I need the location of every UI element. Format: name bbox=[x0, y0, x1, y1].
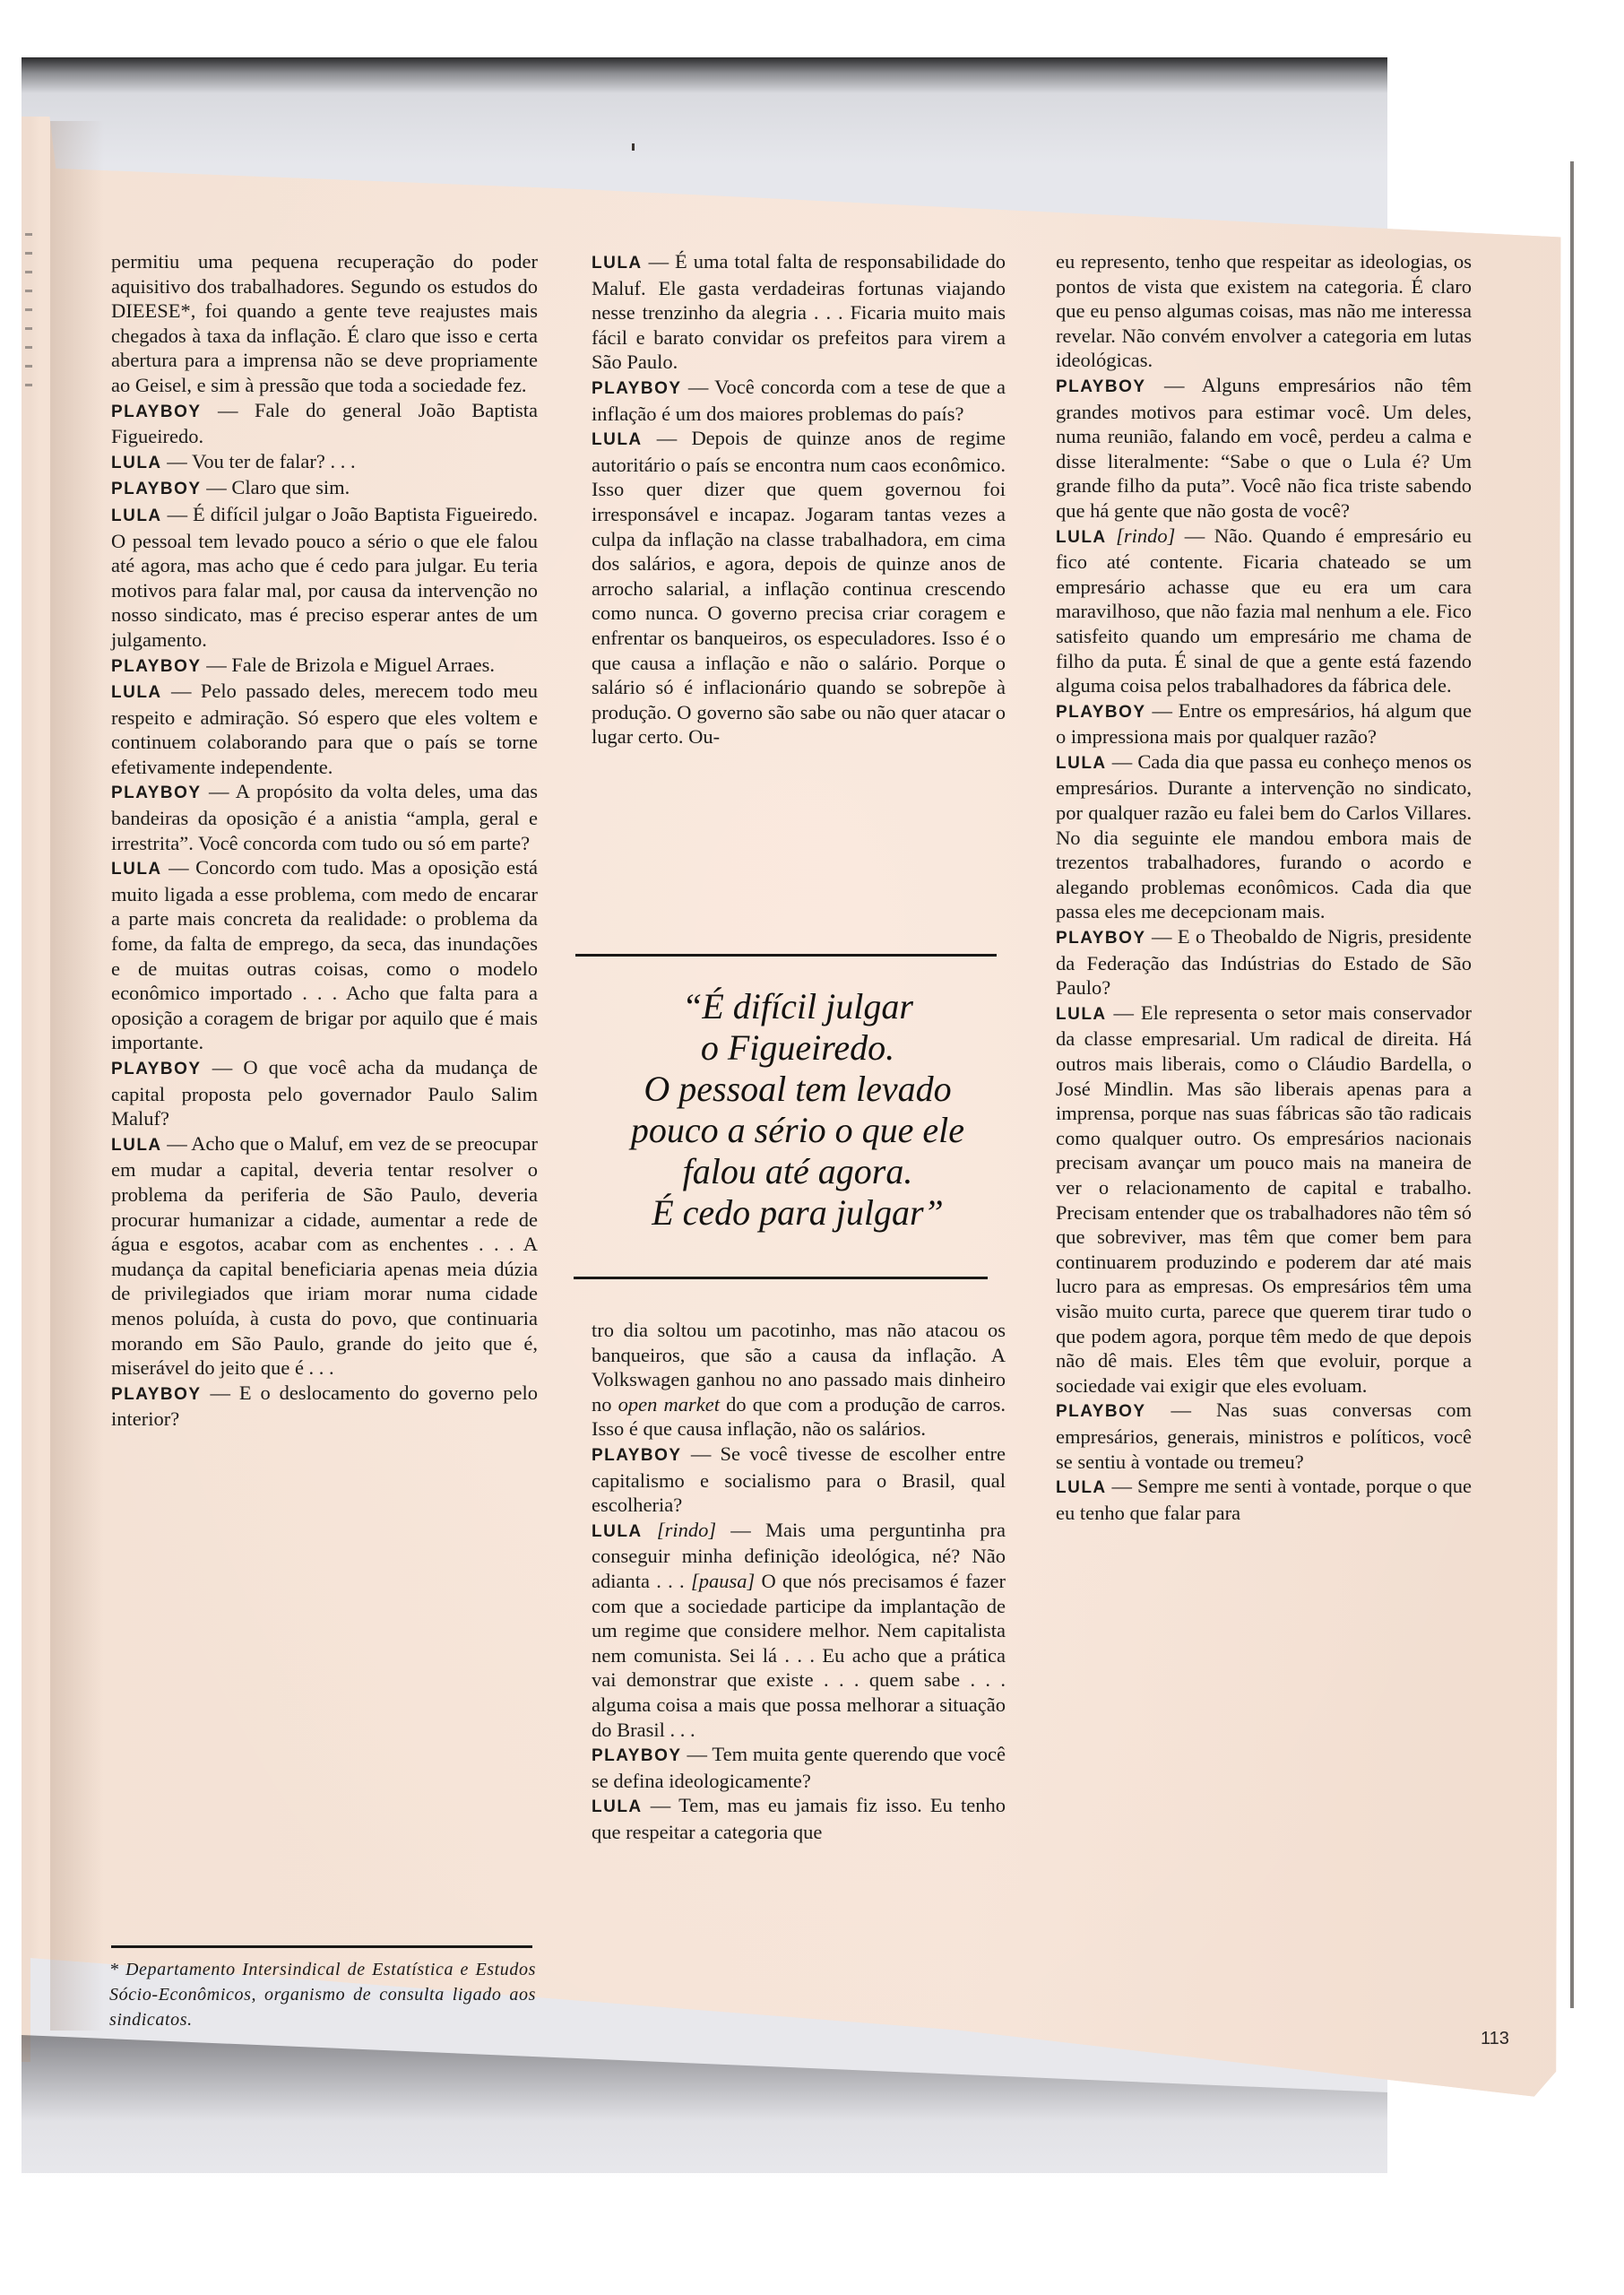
interview-continuation: permitiu uma pequena recuperação do pode… bbox=[111, 249, 538, 398]
speaker-label: LULA bbox=[111, 454, 162, 472]
interview-turn-playboy: PLAYBOY — Entre os empresários, há algum… bbox=[1056, 698, 1472, 749]
speaker-label: PLAYBOY bbox=[1056, 929, 1146, 948]
interview-turn-lula: LULA — Depois de quinze anos de regime a… bbox=[592, 426, 1006, 749]
speaker-label: LULA bbox=[1056, 1005, 1107, 1024]
speaker-label: LULA bbox=[592, 1522, 643, 1541]
speaker-label: PLAYBOY bbox=[1056, 377, 1146, 396]
interview-turn-playboy: PLAYBOY — Fale de Brizola e Miguel Arrae… bbox=[111, 653, 538, 680]
pull-quote: “É difícil julgaro Figueiredo.O pessoal … bbox=[574, 986, 1022, 1234]
column-left: permitiu uma pequena recuperação do pode… bbox=[111, 249, 538, 1432]
interview-turn-lula: LULA — Pelo passado deles, merecem todo … bbox=[111, 679, 538, 779]
pull-quote-line: o Figueiredo. bbox=[574, 1027, 1022, 1069]
italic-phrase: open market bbox=[618, 1393, 720, 1416]
interview-turn-lula: LULA [rindo] — Mais uma perguntinha pra … bbox=[592, 1518, 1006, 1742]
speaker-label: PLAYBOY bbox=[1056, 1402, 1146, 1421]
turn-text: Mais uma perguntinha pra conseguir minha… bbox=[592, 1519, 1006, 1592]
interview-turn-playboy: PLAYBOY — Tem muita gente querendo que v… bbox=[592, 1742, 1006, 1793]
interview-turn-lula: LULA — Vou ter de falar? . . . bbox=[111, 449, 538, 476]
interview-turn-lula: LULA — É uma total falta de responsabili… bbox=[592, 249, 1006, 375]
italic-phrase: [pausa] bbox=[691, 1570, 755, 1592]
interview-turn-playboy: PLAYBOY — Claro que sim. bbox=[111, 475, 538, 502]
speaker-label: PLAYBOY bbox=[111, 403, 202, 421]
interview-turn-lula: LULA — Sempre me senti à vontade, porque… bbox=[1056, 1474, 1472, 1525]
pull-quote-top-rule bbox=[575, 954, 997, 957]
speaker-label: LULA bbox=[1056, 754, 1107, 773]
pull-quote-line: O pessoal tem levado bbox=[574, 1069, 1022, 1110]
speaker-label: LULA bbox=[1056, 1478, 1107, 1497]
interview-turn-lula: LULA — Acho que o Maluf, em vez de se pr… bbox=[111, 1131, 538, 1381]
stage-direction: [rindo] bbox=[657, 1519, 716, 1541]
speaker-label: PLAYBOY bbox=[111, 480, 202, 498]
turn-text: Depois de quinze anos de regime autoritá… bbox=[592, 427, 1006, 748]
turn-text: Fale de Brizola e Miguel Arraes. bbox=[231, 654, 495, 676]
interview-turn-lula: LULA [rindo] — Não. Quando é empresário … bbox=[1056, 524, 1472, 698]
turn-text: Acho que o Maluf, em vez de se preocupar… bbox=[111, 1132, 538, 1379]
turn-text: Cada dia que passa eu conheço menos os e… bbox=[1056, 750, 1472, 923]
interview-turn-playboy: PLAYBOY — Se você tivesse de escolher en… bbox=[592, 1442, 1006, 1518]
speaker-label: PLAYBOY bbox=[111, 1385, 202, 1404]
interview-continuation: tro dia soltou um pacotinho, mas não ata… bbox=[592, 1318, 1006, 1442]
turn-text: permitiu uma pequena recuperação do pode… bbox=[111, 250, 538, 396]
pull-quote-line: “É difícil julgar bbox=[574, 986, 1022, 1027]
speaker-label: PLAYBOY bbox=[111, 784, 202, 802]
stage-direction: [rindo] bbox=[1116, 524, 1175, 547]
turn-text: Não. Quando é empresário eu fico até con… bbox=[1056, 524, 1472, 697]
interview-turn-playboy: PLAYBOY — Fale do general João Baptista … bbox=[111, 398, 538, 449]
footnote-rule bbox=[111, 1945, 532, 1948]
interview-continuation: eu represento, tenho que respeitar as id… bbox=[1056, 249, 1472, 373]
interview-turn-playboy: PLAYBOY — O que você acha da mudança de … bbox=[111, 1055, 538, 1131]
speaker-label: PLAYBOY bbox=[111, 657, 202, 676]
speaker-label: LULA bbox=[592, 430, 643, 449]
speaker-label: LULA bbox=[592, 1797, 643, 1816]
speaker-label: PLAYBOY bbox=[592, 1446, 682, 1465]
interview-turn-playboy: PLAYBOY — Nas suas conversas com empresá… bbox=[1056, 1398, 1472, 1474]
pull-quote-line: pouco a sério o que ele bbox=[574, 1110, 1022, 1151]
previous-page-text-marks bbox=[25, 233, 38, 502]
speaker-label: LULA bbox=[111, 683, 162, 702]
print-mark bbox=[632, 143, 635, 151]
speaker-label: LULA bbox=[111, 1136, 162, 1155]
speaker-label: LULA bbox=[1056, 528, 1107, 547]
turn-text: Vou ter de falar? . . . bbox=[192, 450, 356, 472]
speaker-label: PLAYBOY bbox=[1056, 703, 1146, 722]
interview-turn-playboy: PLAYBOY — Você concorda com a tese de qu… bbox=[592, 375, 1006, 426]
page-right-edge bbox=[1570, 161, 1574, 2008]
interview-turn-playboy: PLAYBOY — Alguns empresários não têm gra… bbox=[1056, 373, 1472, 524]
spine-shadow bbox=[50, 121, 104, 2031]
turn-text: É difícil julgar o João Baptista Figueir… bbox=[111, 503, 538, 651]
column-right: eu represento, tenho que respeitar as id… bbox=[1056, 249, 1472, 1525]
turn-text: eu represento, tenho que respeitar as id… bbox=[1056, 250, 1472, 371]
interview-turn-playboy: PLAYBOY — E o deslocamento do governo pe… bbox=[111, 1381, 538, 1432]
column-middle-top: LULA — É uma total falta de responsabili… bbox=[592, 249, 1006, 749]
interview-turn-lula: LULA — É difícil julgar o João Baptista … bbox=[111, 502, 538, 653]
turn-text: Claro que sim. bbox=[231, 476, 350, 498]
turn-text: Concordo com tudo. Mas a oposição está m… bbox=[111, 856, 538, 1053]
interview-turn-playboy: PLAYBOY — A propósito da volta deles, um… bbox=[111, 779, 538, 855]
turn-text: Sempre me senti à vontade, porque o que … bbox=[1056, 1475, 1472, 1524]
interview-turn-lula: LULA — Tem, mas eu jamais fiz isso. Eu t… bbox=[592, 1793, 1006, 1844]
turn-text: Pelo passado deles, merecem todo meu res… bbox=[111, 680, 538, 778]
page-number: 113 bbox=[1481, 2029, 1509, 2049]
speaker-label: PLAYBOY bbox=[592, 379, 682, 398]
pull-quote-line: falou até agora. bbox=[574, 1151, 1022, 1192]
turn-text: É uma total falta de responsabilidade do… bbox=[592, 250, 1006, 373]
speaker-label: LULA bbox=[111, 860, 162, 879]
interview-turn-lula: LULA — Cada dia que passa eu conheço men… bbox=[1056, 749, 1472, 924]
speaker-label: PLAYBOY bbox=[592, 1746, 682, 1765]
footnote: * Departamento Intersindical de Estatíst… bbox=[109, 1957, 536, 2032]
speaker-label: LULA bbox=[111, 507, 162, 525]
turn-text: Ele representa o setor mais conservador … bbox=[1056, 1001, 1472, 1397]
interview-turn-playboy: PLAYBOY — E o Theobaldo de Nigris, presi… bbox=[1056, 924, 1472, 1000]
column-middle-bottom: tro dia soltou um pacotinho, mas não ata… bbox=[592, 1318, 1006, 1844]
pull-quote-line: É cedo para julgar” bbox=[574, 1192, 1022, 1234]
interview-turn-lula: LULA — Concordo com tudo. Mas a oposição… bbox=[111, 855, 538, 1055]
turn-text: Tem, mas eu jamais fiz isso. Eu tenho qu… bbox=[592, 1794, 1006, 1843]
interview-turn-lula: LULA — Ele representa o setor mais conse… bbox=[1056, 1000, 1472, 1399]
pull-quote-bottom-rule bbox=[574, 1277, 988, 1279]
speaker-label: PLAYBOY bbox=[111, 1060, 202, 1078]
speaker-label: LULA bbox=[592, 254, 643, 273]
